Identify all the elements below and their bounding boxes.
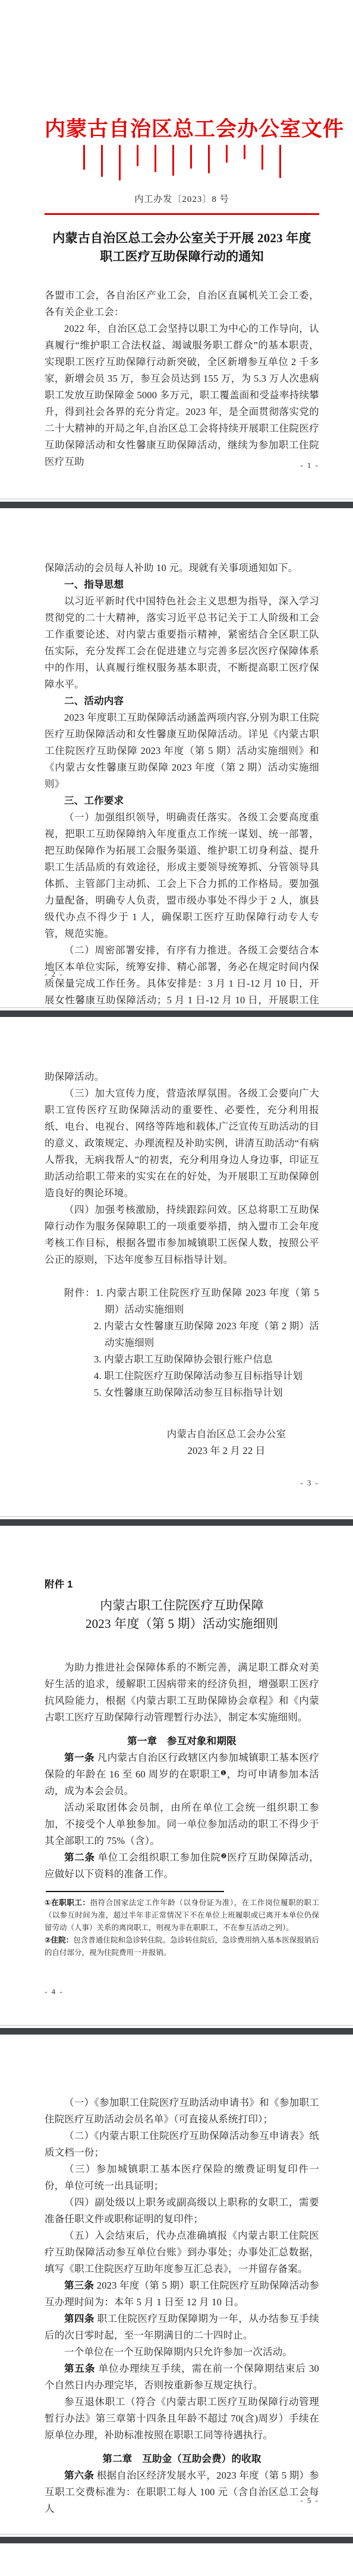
mongolian-script [45,145,319,183]
paragraph: （五）入会结束后，代办点准确填报《内蒙古职工住院医疗互助保障活动参互单位台账》到… [45,2228,319,2277]
paragraph: （二）《内蒙古职工住院医疗互助保障活动参互申请表》纸质文档一份； [45,2128,319,2161]
page-divider [0,1516,353,1526]
footnote-1: ①在职职工：指符合国家法定工作年龄（以身份证为准），在工作岗位履职的职工（以参互… [45,1897,319,1934]
mongolian-glyph [137,145,138,166]
paragraph: （四）加强考核激励，持续跟踪问效。区总将职工互助保障行动作为服务保障职工的一项重… [45,1202,319,1268]
article-1-label: 第一条 [64,1753,94,1763]
article-4-label: 第四条 [64,2314,94,2324]
page-number: - 4 - [45,1984,64,2000]
page-number: - 3 - [300,1475,319,1491]
paragraph: （二）周密部署安排，有序有力推进。各级工会要结合本地区本单位实际，统筹安排、精心… [45,942,319,1007]
paragraph: （四）副处级以上职务或副高级以上职称的女职工，需要准备任职文件或职称证明的复印件… [45,2194,319,2228]
paragraph: 为助力推进社会保障体系的不断完善，满足职工群众对美好生活的追求，缓解职工因病带来… [45,1659,319,1726]
page-5: （一）《参加职工住院医疗互助活动申请书》和《参加职工住院医疗互助活动会员名单》（… [0,2035,353,2534]
paragraph: 第五条 单位办理续互手续，需在前一个保障期结束后 30 个自然日内办理完毕，否则… [45,2360,319,2394]
footnote-1-label: ①在职职工： [45,1899,90,1907]
footnote-ref-1: ❶ [220,1770,227,1777]
paragraph: 以习近平新时代中国特色社会主义思想为指导，深入学习贯彻党的二十大精神，落实习近平… [45,593,319,693]
red-rule [45,213,319,215]
paragraph: 活动采取团体会员制，由所在单位工会统一组织职工参加，不接受个人单独参加。同一单位… [45,1799,319,1849]
paragraph: 一个单位在一个互助保障期内只允许参加一次活动。 [45,2344,319,2360]
attachment-5: 5. 女性馨康互助保障活动参互目标指导计划 [45,1384,319,1401]
document-title-line2: 职工医疗互助保障行动的通知 [45,248,319,266]
footnote-2-label: ②住院： [45,1936,73,1944]
page-number: - 5 - [300,2492,319,2509]
page-divider [0,2025,353,2035]
attachment-2: 2. 内蒙古女性馨康互助保障 2023 年度（第 2 期）活动实施细则 [45,1318,319,1351]
footnote-divider [46,1891,224,1892]
page-2: 保障活动的会员每人补助 10 元。现就有关事项通知如下。 一、指导思想 以习近平… [0,509,353,1007]
attachments-label: 附件： [64,1287,96,1298]
paragraph: 第六条 根据自治区经济发展水平，2023 年度（第 5 期）参互职工交费标准为：… [45,2467,319,2517]
attachment-4: 4. 职工住院医疗互助保障活动参互目标指导计划 [45,1368,319,1384]
signature-block: 内蒙古自治区总工会办公室 2023 年 2 月 22 日 [143,1426,310,1459]
paragraph-continuation: 助保障活动。 [45,1069,319,1085]
page-4: 附件 1 内蒙古职工住院医疗互助保障 2023 年度（第 5 期）活动实施细则 … [0,1526,353,2025]
paragraph: 第四条 职工住院医疗互助保障期为一年，从办结参互手续后的次日零时起，至一年期满日… [45,2311,319,2344]
paragraph: （三）加大宣传力度，营造浓厚氛围。各级工会要向广大职工宣传医疗互助保障活动的重要… [45,1085,319,1202]
attachment-title-line2: 2023 年度（第 5 期）活动实施细则 [45,1615,319,1633]
mongolian-glyph [119,145,121,180]
mongolian-glyph [83,145,85,170]
paragraph: 第三条 2023 年度（第 5 期）职工住院医疗互助保障活动参互办理时间为：本年… [45,2277,319,2311]
attachment-title: 内蒙古职工住院医疗互助保障 2023 年度（第 5 期）活动实施细则 [45,1596,319,1633]
letterhead-title: 内蒙古自治区总工会办公室文件 [45,118,319,141]
page-divider [0,499,353,509]
page-1: 内蒙古自治区总工会办公室文件 内工办发〔2023〕8 号 内蒙古自治区总工会办公… [0,0,353,499]
chapter-heading-1: 第一章 参互对象和期限 [45,1733,319,1750]
mongolian-glyph [208,145,210,173]
section-heading-2: 二、活动内容 [45,693,319,709]
signature-date: 2023 年 2 月 22 日 [143,1443,310,1459]
mongolian-glyph [226,145,228,163]
signer-name: 内蒙古自治区总工会办公室 [143,1426,310,1443]
paragraph: 第二条 单位工会组织职工参加住院❷医疗互助保障活动，应做好以下资料的准备工作。 [45,1849,319,1883]
mongolian-glyph [172,145,174,176]
attachments-list: 附件：1. 内蒙古职工住院医疗互助保障 2023 年度（第 5 期）活动实施细则… [45,1285,319,1401]
page-divider [0,2534,353,2544]
mongolian-glyph [155,145,156,172]
paragraph: （一）《参加职工住院医疗互助活动申请书》和《参加职工住院医疗互助活动会员名单》（… [45,2095,319,2128]
attachment-1: 1. 内蒙古职工住院医疗互助保障 2023 年度（第 5 期）活动实施细则 [96,1287,319,1315]
paragraph: 2022 年，自治区总工会坚持以职工为中心的工作导向，认真履行“维护职工合法权益… [45,321,319,470]
chapter-heading-2: 第二章 互助金（互助会费）的收取 [45,2451,319,2467]
salutation: 各盟市工会，各自治区产业工会，自治区直属机关工会工委，各有关企业工会： [45,287,319,321]
footnote-ref-2: ❷ [221,1853,228,1860]
mongolian-glyph [244,145,245,159]
attachment-label: 附件 1 [45,1576,319,1593]
article-5-label: 第五条 [64,2363,95,2374]
document-title-line1: 内蒙古自治区总工会办公室关于开展 2023 年度 [45,229,319,248]
section-heading-3: 三、工作要求 [45,793,319,809]
paragraph: 2023 年度职工互助保障活动涵盖两项内容,分别为职工住院医疗互助保障活动和女性… [45,709,319,793]
mongolian-glyph [190,145,192,169]
mongolian-glyph [261,145,263,170]
attachment-3: 3. 内蒙古职工互助保障协会银行账户信息 [45,1351,319,1368]
attachment-title-line1: 内蒙古职工住院医疗互助保障 [45,1596,319,1615]
page-6-partial [0,2544,353,2576]
mongolian-glyph [279,145,281,178]
paragraph: 第一条 凡内蒙古自治区行政辖区内参加城镇职工基本医疗保险的年龄在 16 至 60… [45,1750,319,1799]
document-number: 内工办发〔2023〕8 号 [45,191,319,208]
paragraph: 参互退休职工（符合《内蒙古职工医疗互助保障行动管理暂行办法》第三章第十四条且年龄… [45,2394,319,2444]
footnotes: ①在职职工：指符合国家法定工作年龄（以身份证为准），在工作岗位履职的职工（以参互… [45,1891,319,1959]
article-6-label: 第六条 [64,2470,94,2481]
footnote-2: ②住院：包含普通住院和急诊转住院。急诊转住院后，急诊费用纳入基本医保报销后的自付… [45,1934,319,1959]
article-2-label: 第二条 [64,1852,95,1863]
article-3-label: 第三条 [64,2280,94,2291]
paragraph: （三）参加城镇职工基本医疗保险的缴费证明复印件一份，单位可统一出具证明； [45,2161,319,2194]
article-2-text: 单位工会组织职工参加住院 [95,1852,221,1863]
section-heading-1: 一、指导思想 [45,576,319,593]
page-number: - 1 - [300,457,319,474]
paragraph: （一）加强组织领导，明确责任落实。各级工会要高度重视，把职工互助保障纳入年度重点… [45,809,319,942]
footnote-2-text: 包含普通住院和急诊转住院。急诊转住院后，急诊费用纳入基本医保报销后的自付部分，视… [45,1936,319,1957]
page-divider [0,1007,353,1018]
page-number: - 2 - [45,966,64,983]
paragraph-continuation: 保障活动的会员每人补助 10 元。现就有关事项通知如下。 [45,560,319,576]
page-3: 助保障活动。 （三）加大宣传力度，营造浓厚氛围。各级工会要向广大职工宣传医疗互助… [0,1018,353,1516]
document-viewer: 内蒙古自治区总工会办公室文件 内工办发〔2023〕8 号 内蒙古自治区总工会办公… [0,0,353,2576]
document-title: 内蒙古自治区总工会办公室关于开展 2023 年度 职工医疗互助保障行动的通知 [45,229,319,266]
attachments-list-item: 附件：1. 内蒙古职工住院医疗互助保障 2023 年度（第 5 期）活动实施细则 [45,1285,319,1318]
mongolian-glyph [101,145,103,177]
